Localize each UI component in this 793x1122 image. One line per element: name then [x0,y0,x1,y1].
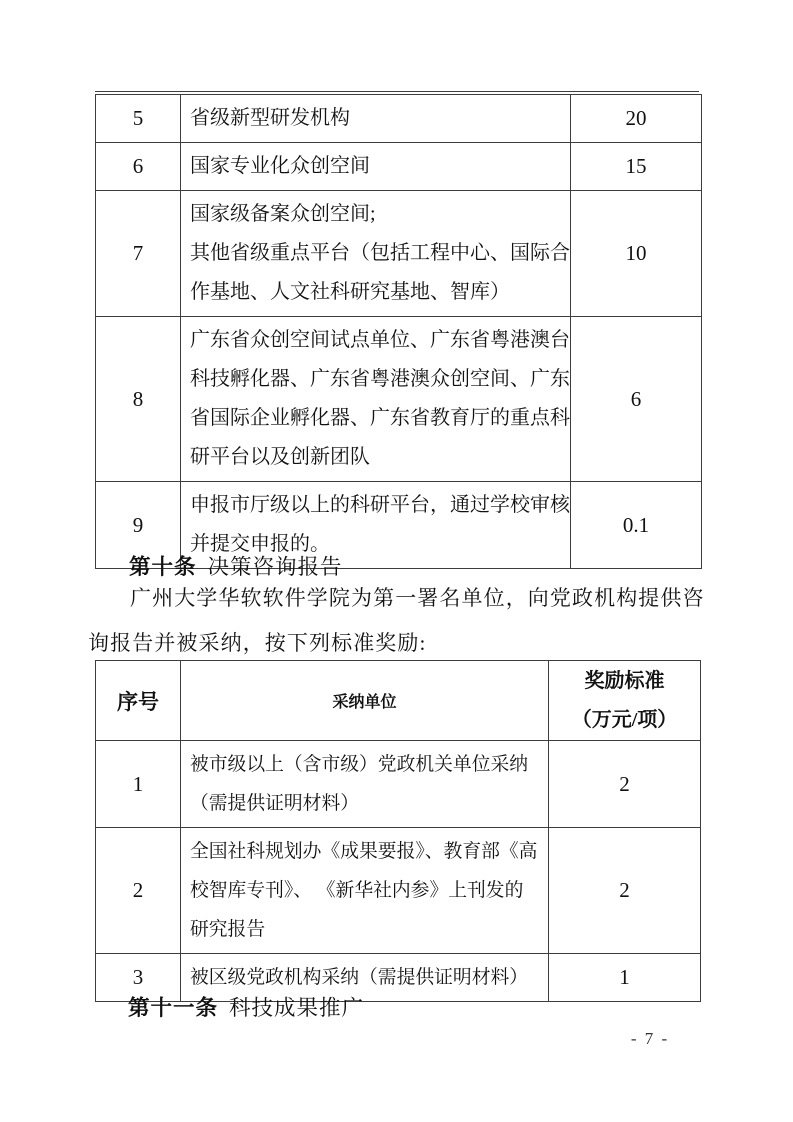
row-number-cell: 5 [96,95,181,143]
text-line: 科技孵化器、广东省粤港澳众创空间、广东 [190,360,570,399]
header-standard-cell: 奖励标准 （万元/项） [549,661,701,741]
adoption-reward-table: 序号 采纳单位 奖励标准 （万元/项） 1 被市级以上（含市级）党政机关单位采纳… [95,660,701,1002]
text-line: 国家级备案众创空间; [190,195,570,234]
header-unit-cell: 采纳单位 [181,661,549,741]
reward-value-cell: 2 [549,741,701,828]
text-line: 省国际企业孵化器、广东省教育厅的重点科 [190,399,570,438]
adoption-unit-cell: 被市级以上（含市级）党政机关单位采纳 （需提供证明材料） [181,741,549,828]
table-header-row: 序号 采纳单位 奖励标准 （万元/项） [96,661,701,741]
table-row: 7 国家级备案众创空间; 其他省级重点平台（包括工程中心、国际合 作基地、人文社… [96,191,702,317]
table-row: 6 国家专业化众创空间 15 [96,143,702,191]
row-number-cell: 2 [96,828,181,954]
text-line: 广东省众创空间试点单位、广东省粤港澳台 [190,321,570,360]
reward-value-cell: 20 [571,95,702,143]
platform-name-cell: 国家专业化众创空间 [181,143,571,191]
paragraph-line: 广州大学华软软件学院为第一署名单位，向党政机构提供咨 [88,576,718,621]
row-number-cell: 8 [96,317,181,482]
text-line: 研究报告 [190,910,548,949]
text-line: 省级新型研发机构 [190,99,570,138]
adoption-unit-cell: 全国社科规划办《成果要报》、教育部《高 校智库专刊》、 《新华社内参》上刊发的 … [181,828,549,954]
section-heading-number: 第十一条 [128,996,218,1020]
text-line: 其他省级重点平台（包括工程中心、国际合 [190,234,570,273]
reward-value-cell: 10 [571,191,702,317]
row-number-cell: 6 [96,143,181,191]
table-row: 1 被市级以上（含市级）党政机关单位采纳 （需提供证明材料） 2 [96,741,701,828]
table-row: 5 省级新型研发机构 20 [96,95,702,143]
reward-value-cell: 6 [571,317,702,482]
text-line: 被市级以上（含市级）党政机关单位采纳 [190,745,548,784]
text-line: （需提供证明材料） [190,784,548,823]
table-row: 2 全国社科规划办《成果要报》、教育部《高 校智库专刊》、 《新华社内参》上刊发… [96,828,701,954]
platform-name-cell: 国家级备案众创空间; 其他省级重点平台（包括工程中心、国际合 作基地、人文社科研… [181,191,571,317]
text-line: 校智库专刊》、 《新华社内参》上刊发的 [190,871,548,910]
document-page: 5 省级新型研发机构 20 6 国家专业化众创空间 15 7 国家级备案众创空间… [0,0,793,1122]
table-continuation-border [95,91,699,92]
row-number-cell: 7 [96,191,181,317]
section-11-heading: 第十一条科技成果推广 [128,991,364,1022]
row-number-cell: 1 [96,741,181,828]
section-10-paragraph: 广州大学华软软件学院为第一署名单位，向党政机构提供咨 询报告并被采纳，按下列标准… [88,576,718,666]
text-line: （万元/项） [549,701,700,740]
text-line: 作基地、人文社科研究基地、智库） [190,273,570,312]
table-row: 8 广东省众创空间试点单位、广东省粤港澳台 科技孵化器、广东省粤港澳众创空间、广… [96,317,702,482]
text-line: 申报市厅级以上的科研平台，通过学校审核 [190,486,570,525]
reward-value-cell: 2 [549,828,701,954]
reward-value-cell: 1 [549,954,701,1002]
text-line: 全国社科规划办《成果要报》、教育部《高 [190,832,548,871]
section-heading-title: 科技成果推广 [229,996,364,1020]
text-line: 国家专业化众创空间 [190,147,570,186]
platform-reward-table: 5 省级新型研发机构 20 6 国家专业化众创空间 15 7 国家级备案众创空间… [95,94,702,569]
text-line: 研平台以及创新团队 [190,438,570,477]
page-number: - 7 - [596,1029,704,1049]
platform-name-cell: 省级新型研发机构 [181,95,571,143]
platform-name-cell: 广东省众创空间试点单位、广东省粤港澳台 科技孵化器、广东省粤港澳众创空间、广东 … [181,317,571,482]
reward-value-cell: 15 [571,143,702,191]
header-no-cell: 序号 [96,661,181,741]
reward-value-cell: 0.1 [571,482,702,569]
text-line: 奖励标准 [549,662,700,701]
